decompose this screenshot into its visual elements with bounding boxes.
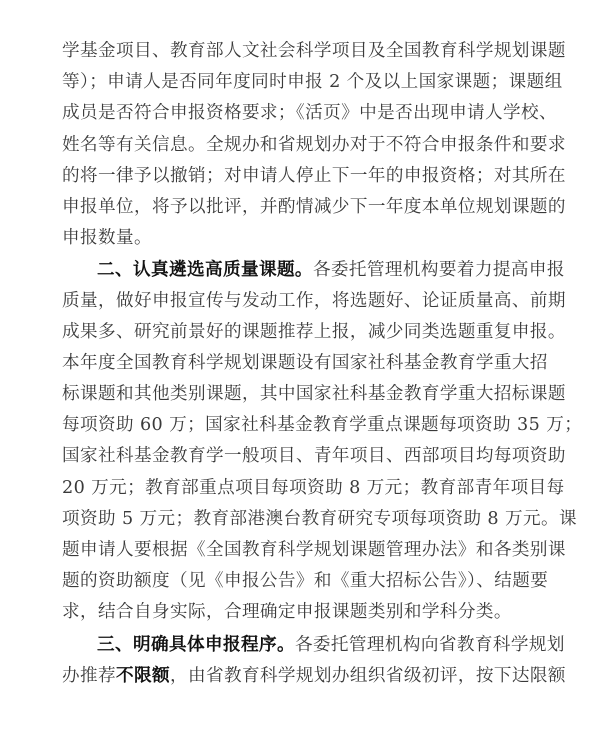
text-line: 标课题和其他类别课题，其中国家社科基金教育学重大招标课题 — [62, 379, 540, 410]
text-line: 国家社科基金教育学一般项目、青年项目、西部项目均每项资助 — [62, 441, 540, 472]
text-line: 申报单位，将予以批评，并酌情减少下一年度本单位规划课题的 — [62, 192, 540, 223]
text-line: 质量，做好申报宣传与发动工作，将选题好、论证质量高、前期 — [62, 286, 540, 317]
paragraph-section-two: 二、认真遴选高质量课题。各委托管理机构要着力提高申报 质量，做好申报宣传与发动工… — [62, 254, 540, 628]
section-heading: 三、明确具体申报程序。 — [97, 634, 295, 655]
text-line: 申报数量。 — [62, 223, 540, 254]
text-line: 题申请人要根据《全国教育科学规划课题管理办法》和各类别课 — [62, 535, 540, 566]
text-line: 每项资助 60 万；国家社科基金教育学重点课题每项资助 35 万； — [62, 410, 540, 441]
text-line: 学基金项目、教育部人文社会科学项目及全国教育科学规划课题 — [62, 36, 540, 67]
text-line: 办推荐不限额，由省教育科学规划办组织省级初评，按下达限额 — [62, 660, 540, 691]
document-page: 学基金项目、教育部人文社会科学项目及全国教育科学规划课题 等）；申请人是否同年度… — [62, 36, 540, 691]
text-line: 等）；申请人是否同年度同时申报 2 个及以上国家课题；课题组 — [62, 67, 540, 98]
text-line: 成员是否符合申报资格要求；《活页》中是否出现申请人学校、 — [62, 98, 540, 129]
text-line: 项资助 5 万元；教育部港澳台教育研究专项每项资助 8 万元。课 — [62, 504, 540, 535]
text-line: 成果多、研究前景好的课题推荐上报，减少同类选题重复申报。 — [62, 317, 540, 348]
text-line: 求，结合自身实际，合理确定申报课题类别和学科分类。 — [62, 597, 540, 628]
text-line: 的将一律予以撤销；对申请人停止下一年的申报资格；对其所在 — [62, 161, 540, 192]
section-heading: 二、认真遴选高质量课题。 — [97, 259, 313, 280]
text-line: 20 万元；教育部重点项目每项资助 8 万元；教育部青年项目每 — [62, 473, 540, 504]
section-heading-line: 三、明确具体申报程序。各委托管理机构向省教育科学规划 — [62, 629, 540, 660]
text-line: 姓名等有关信息。全规办和省规划办对于不符合申报条件和要求 — [62, 130, 540, 161]
emphasis-text: 不限额 — [116, 665, 170, 686]
paragraph-section-three: 三、明确具体申报程序。各委托管理机构向省教育科学规划 办推荐不限额，由省教育科学… — [62, 629, 540, 691]
text-line: 本年度全国教育科学规划课题设有国家社科基金教育学重大招 — [62, 348, 540, 379]
section-heading-line: 二、认真遴选高质量课题。各委托管理机构要着力提高申报 — [62, 254, 540, 285]
paragraph-review-requirements: 学基金项目、教育部人文社会科学项目及全国教育科学规划课题 等）；申请人是否同年度… — [62, 36, 540, 254]
text-line: 题的资助额度（见《申报公告》和《重大招标公告》）、结题要 — [62, 566, 540, 597]
